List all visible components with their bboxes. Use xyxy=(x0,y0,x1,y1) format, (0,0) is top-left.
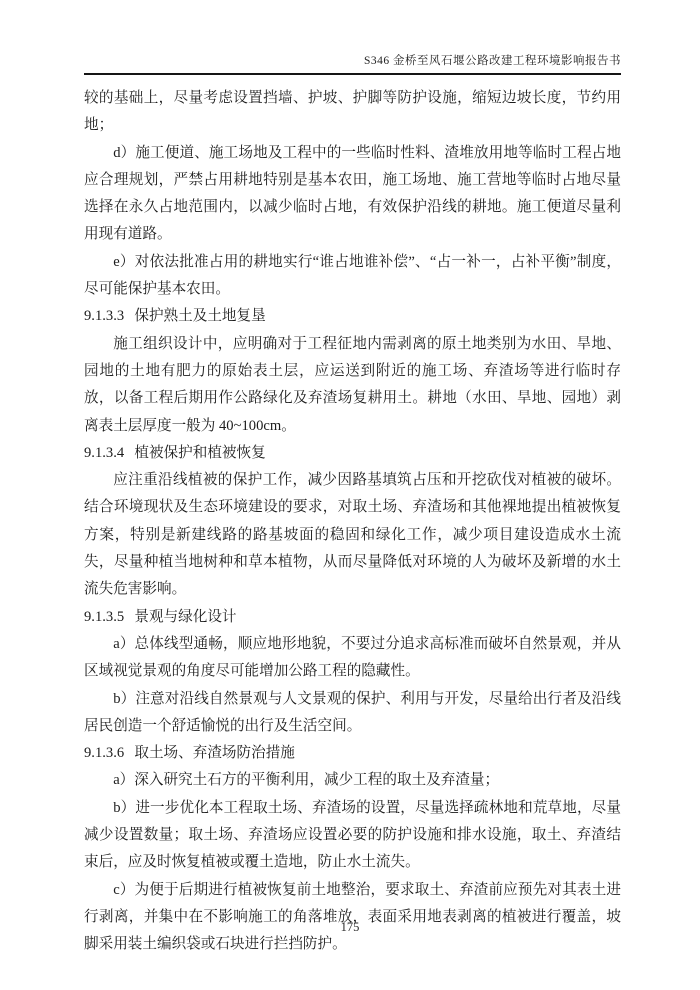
document-page: S346 金桥至风石堰公路改建工程环境影响报告书 较的基础上，尽量考虑设置挡墙、… xyxy=(0,0,700,990)
paragraph: a）深入研究土石方的平衡利用，减少工程的取土及弃渣量； xyxy=(84,767,621,794)
header-title: S346 金桥至风石堰公路改建工程环境影响报告书 xyxy=(84,0,621,68)
heading-text: 植被保护和植被恢复 xyxy=(134,445,265,461)
page-header: S346 金桥至风石堰公路改建工程环境影响报告书 xyxy=(84,0,621,75)
section-heading: 9.1.3.3保护熟土及土地复垦 xyxy=(84,303,621,330)
heading-number: 9.1.3.4 xyxy=(84,445,124,461)
section-heading: 9.1.3.6取土场、弃渣场防治措施 xyxy=(84,740,621,767)
paragraph: c）为便于后期进行植被恢复前土地整治，要求取土、弃渣前应预先对其表土进行剥离，并… xyxy=(84,877,621,959)
heading-number: 9.1.3.6 xyxy=(84,745,124,761)
paragraph: e）对依法批准占用的耕地实行“谁占地谁补偿”、“占一补一，占补平衡”制度，尽可能… xyxy=(84,249,621,304)
paragraph: d）施工便道、施工场地及工程中的一些临时性料、渣堆放用地等临时工程占地应合理规划… xyxy=(84,140,621,249)
paragraph: 应注重沿线植被的保护工作，减少因路基填筑占压和开挖砍伐对植被的破坏。结合环境现状… xyxy=(84,467,621,603)
heading-number: 9.1.3.5 xyxy=(84,609,124,625)
heading-text: 保护熟土及土地复垦 xyxy=(134,308,265,324)
header-rule xyxy=(84,73,621,75)
paragraph: 较的基础上，尽量考虑设置挡墙、护坡、护脚等防护设施，缩短边坡长度，节约用地； xyxy=(84,85,621,140)
paragraph: 施工组织设计中，应明确对于工程征地内需剥离的原土地类别为水田、旱地、园地的土地有… xyxy=(84,331,621,440)
paragraph: a）总体线型通畅，顺应地形地貌，不要过分追求高标准而破坏自然景观，并从区域视觉景… xyxy=(84,631,621,686)
paragraph: b）进一步优化本工程取土场、弃渣场的设置，尽量选择疏林地和荒草地，尽量减少设置数… xyxy=(84,795,621,877)
paragraph: b）注意对沿线自然景观与人文景观的保护、利用与开发，尽量给出行者及沿线居民创造一… xyxy=(84,686,621,741)
page-footer: 175 xyxy=(0,920,700,935)
heading-text: 景观与绿化设计 xyxy=(134,609,236,625)
heading-number: 9.1.3.3 xyxy=(84,308,124,324)
document-body: 较的基础上，尽量考虑设置挡墙、护坡、护脚等防护设施，缩短边坡长度，节约用地；d）… xyxy=(84,85,621,959)
heading-text: 取土场、弃渣场防治措施 xyxy=(134,745,295,761)
section-heading: 9.1.3.5景观与绿化设计 xyxy=(84,604,621,631)
page-number: 175 xyxy=(341,920,360,934)
section-heading: 9.1.3.4植被保护和植被恢复 xyxy=(84,440,621,467)
